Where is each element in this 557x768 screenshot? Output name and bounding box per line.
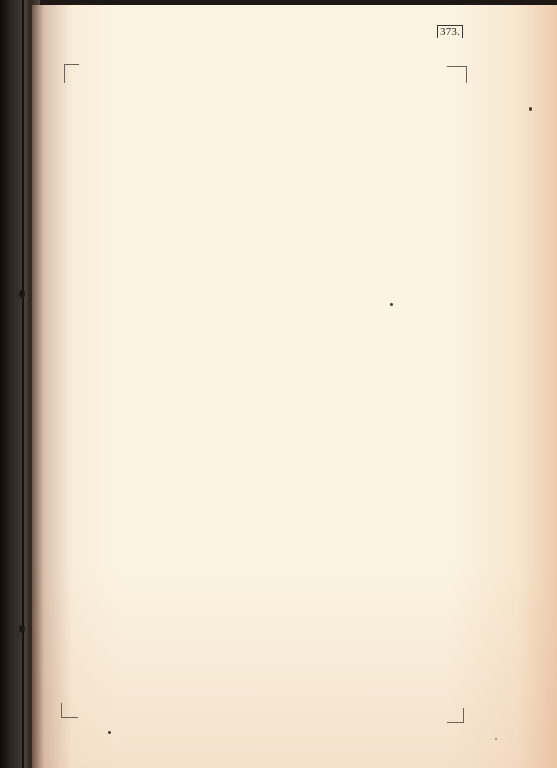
paper-speck xyxy=(108,731,111,734)
page-number: 373. xyxy=(437,25,463,38)
crop-mark-bottom-left xyxy=(61,703,78,718)
crop-mark-top-left xyxy=(64,64,79,83)
paper-speck xyxy=(529,107,532,111)
paper-speck xyxy=(495,738,497,740)
binding-stitch xyxy=(19,625,25,633)
scanned-page-image: 373. xyxy=(0,0,557,768)
crop-mark-bottom-right xyxy=(447,708,464,723)
paper-speck xyxy=(390,303,393,306)
spine-line xyxy=(22,0,24,768)
book-page xyxy=(32,5,557,768)
crop-mark-top-right xyxy=(447,66,467,83)
binding-stitch xyxy=(19,290,25,298)
